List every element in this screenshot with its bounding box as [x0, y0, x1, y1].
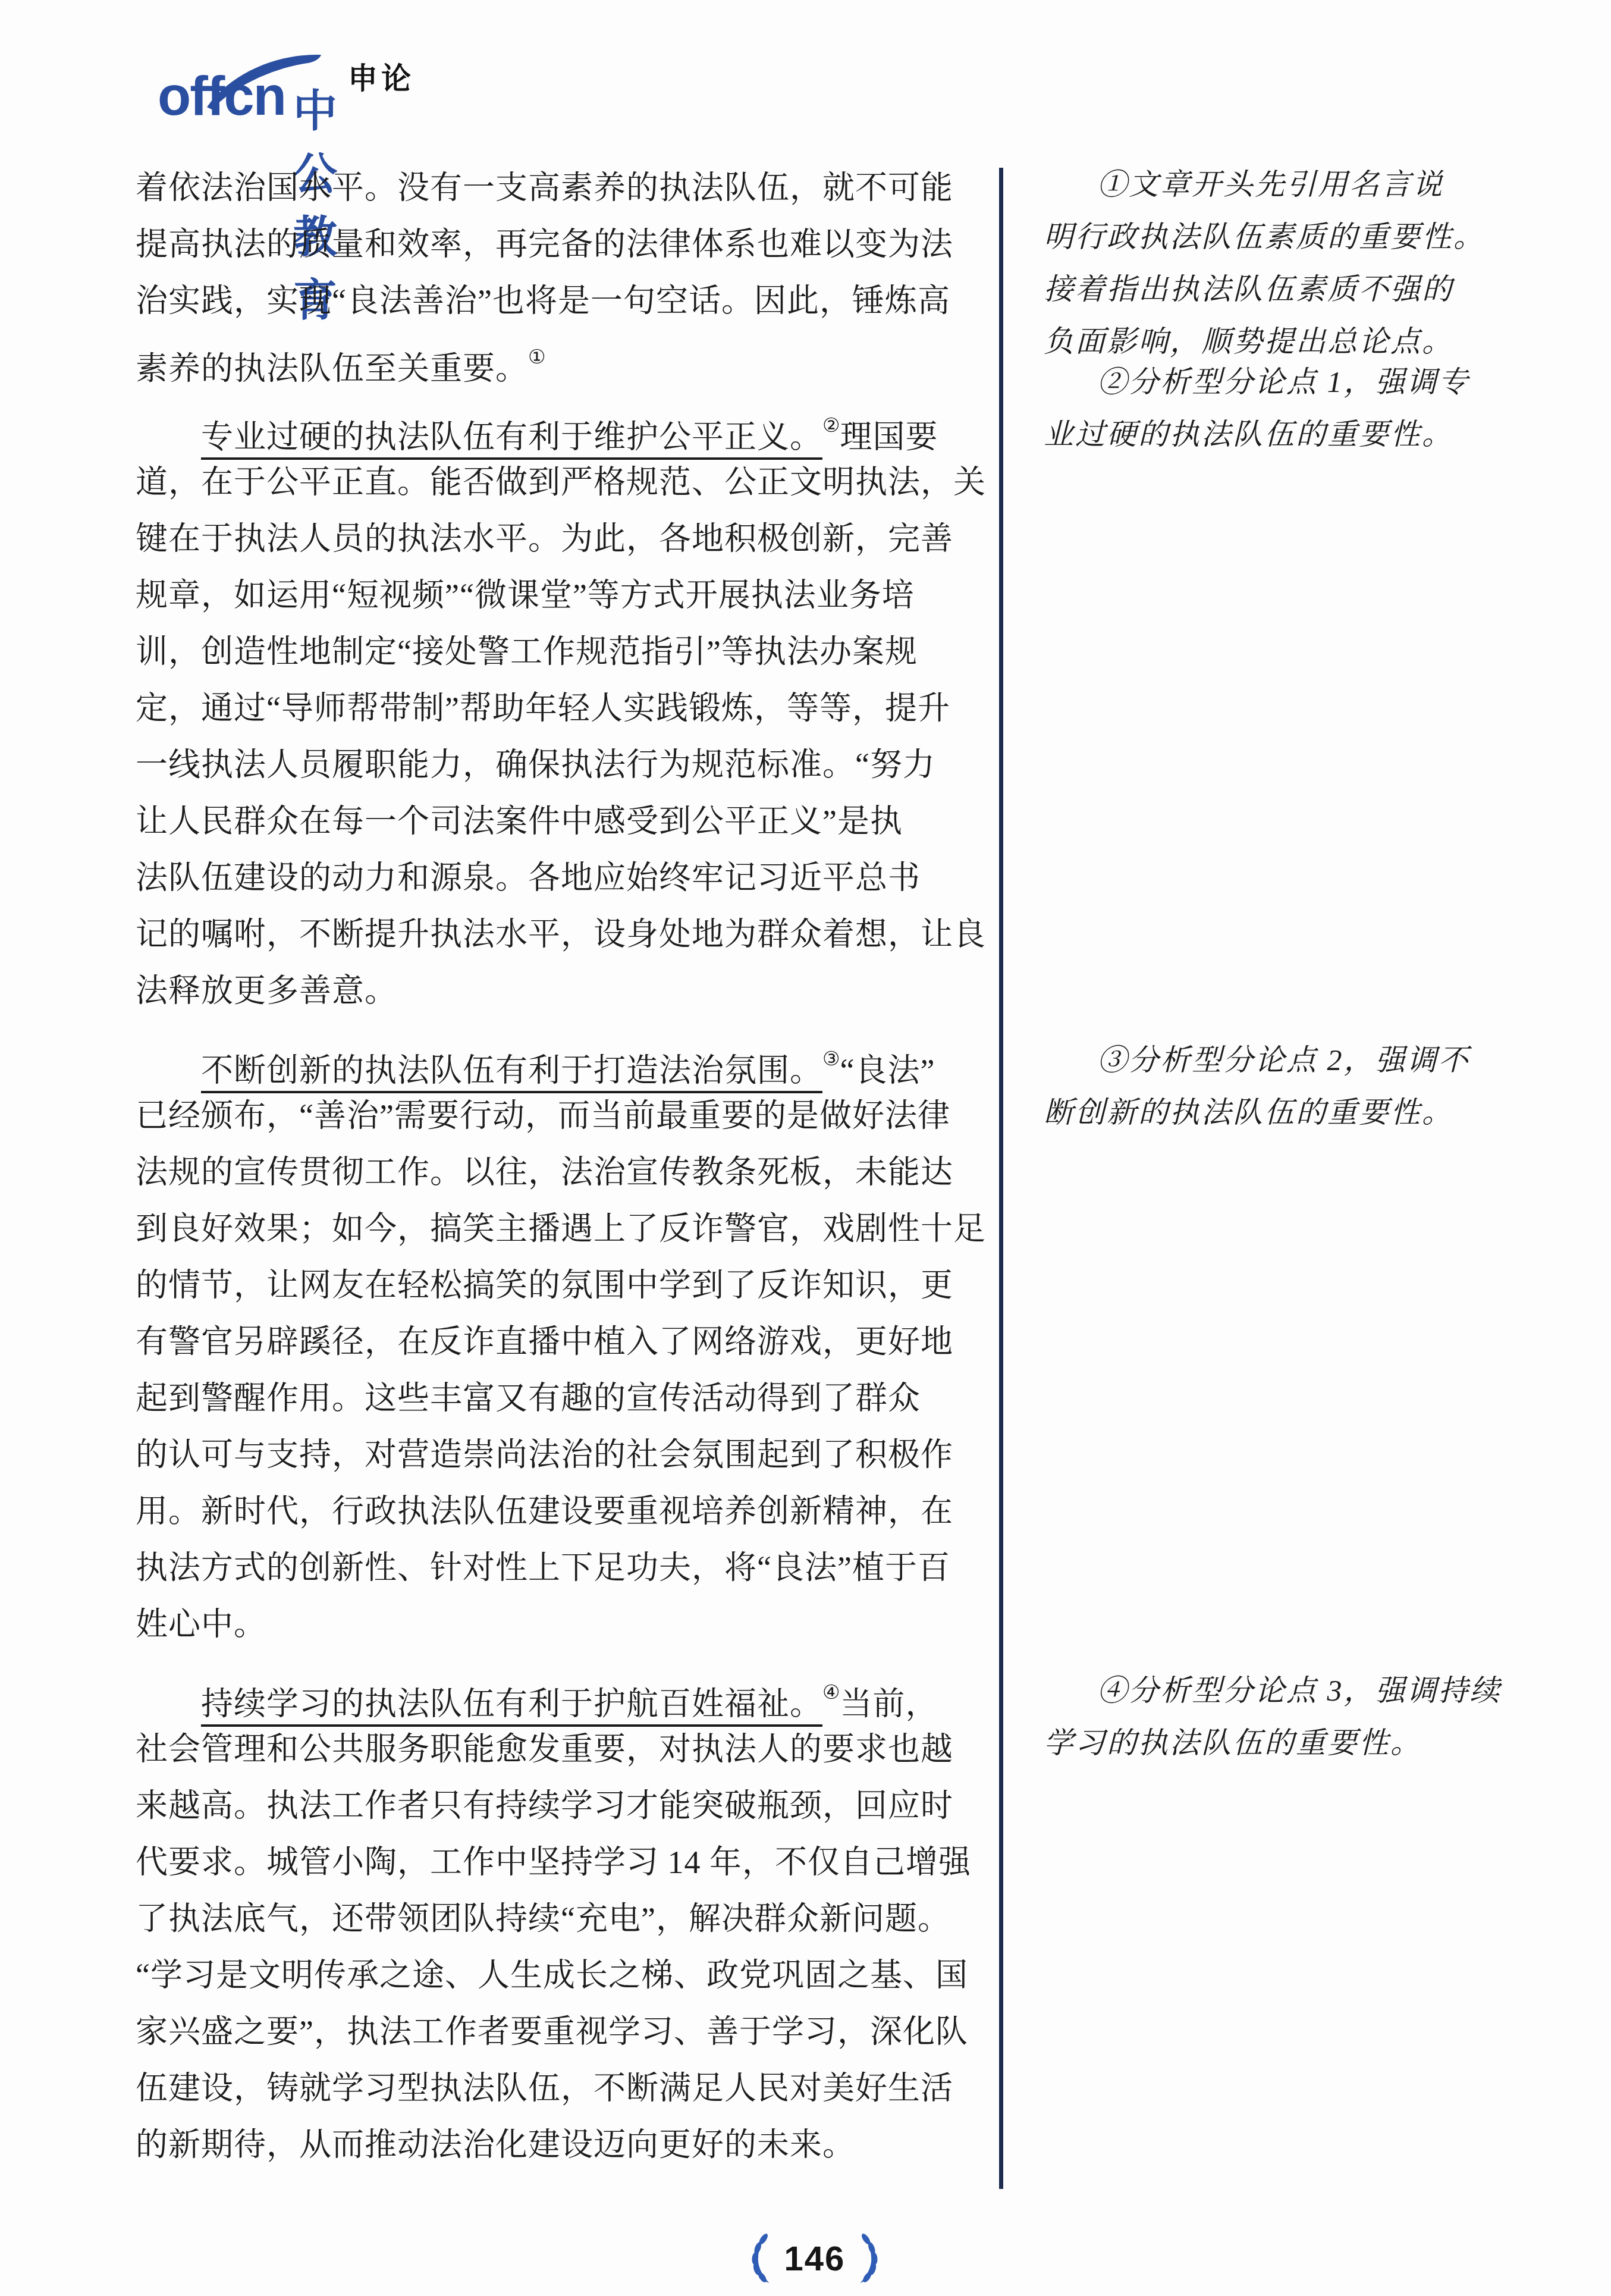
text-run: 法释放更多善意。	[136, 973, 397, 1009]
section-heading: 持续学习的执法队伍有利于护航百姓福祉。	[201, 1686, 822, 1722]
text-line: 一线执法人员履职能力，确保执法行为规范标准。“努力	[136, 737, 980, 793]
annotation-line: 断创新的执法队伍的重要性。	[1044, 1086, 1519, 1138]
paragraph: 不断创新的执法队伍有利于打造法治氛围。③“良法”已经颁布，“善治”需要行动，而当…	[136, 1031, 980, 1653]
main-text: 着依法治国水平。没有一支高素养的执法队伍，就不可能提高执法的质量和效率，再完备的…	[136, 160, 980, 2185]
annotation-note: ②分析型分论点 1，强调专业过硬的执法队伍的重要性。	[1044, 356, 1519, 460]
logo-offcn-text: offcn	[158, 65, 285, 128]
superscript-marker: ①	[528, 347, 546, 368]
text-line: 专业过硬的执法队伍有利于维护公平正义。②理国要	[136, 398, 980, 454]
superscript-marker: ③	[822, 1049, 840, 1070]
section-heading: 不断创新的执法队伍有利于打造法治氛围。	[201, 1053, 822, 1089]
text-run: 的认可与支持，对营造崇尚法治的社会氛围起到了积极作	[136, 1437, 953, 1473]
text-run: 法规的宣传贯彻工作。以往，法治宣传教条死板，未能达	[136, 1155, 953, 1190]
page-footer: 146	[728, 2226, 901, 2291]
paragraph: 持续学习的执法队伍有利于护航百姓福祉。④当前，社会管理和公共服务职能愈发重要，对…	[136, 1665, 980, 2173]
subject-label: 申论	[348, 55, 414, 98]
text-line: 记的嘱咐，不断提升执法水平，设身处地为群众着想，让良	[136, 907, 980, 963]
annotation-note: ③分析型分论点 2，强调不断创新的执法队伍的重要性。	[1044, 1034, 1519, 1138]
section-heading: 专业过硬的执法队伍有利于维护公平正义。	[201, 419, 822, 455]
paragraph: 着依法治国水平。没有一支高素养的执法队伍，就不可能提高执法的质量和效率，再完备的…	[136, 160, 980, 386]
text-run: 治实践，实现“良法善治”也将是一句空话。因此，锤炼高	[136, 283, 950, 319]
text-run: 素养的执法队伍至关重要。	[136, 351, 528, 387]
text-line: 有警官另辟蹊径，在反诈直播中植入了网络游戏，更好地	[136, 1314, 980, 1370]
text-line: 到良好效果；如今，搞笑主播遇上了反诈警官，戏剧性十足	[136, 1201, 980, 1257]
text-run: 训，创造性地制定“接处警工作规范指引”等执法办案规	[136, 634, 918, 670]
text-line: 持续学习的执法队伍有利于护航百姓福祉。④当前，	[136, 1665, 980, 1721]
text-run: 起到警醒作用。这些丰富又有趣的宣传活动得到了群众	[136, 1381, 921, 1416]
annotation-line: 学习的执法队伍的重要性。	[1044, 1717, 1519, 1769]
text-run: 伍建设，铸就学习型执法队伍，不断满足人民对美好生活	[136, 2071, 953, 2106]
annotation-line: ③分析型分论点 2，强调不	[1044, 1034, 1519, 1086]
text-run: 执法方式的创新性、针对性上下足功夫，将“良法”植于百	[136, 1550, 950, 1586]
annotation-line: ②分析型分论点 1，强调专	[1044, 356, 1519, 408]
text-line: 让人民群众在每一个司法案件中感受到公平正义”是执	[136, 793, 980, 850]
text-line: 定，通过“导师帮带制”帮助年轻人实践锻炼，等等，提升	[136, 680, 980, 737]
annotation-line: ④分析型分论点 3，强调持续	[1044, 1664, 1519, 1717]
text-run: 着依法治国水平。没有一支高素养的执法队伍，就不可能	[136, 170, 953, 206]
laurel-left-icon	[746, 2230, 775, 2288]
text-run: 的情节，让网友在轻松搞笑的氛围中学到了反诈知识，更	[136, 1268, 953, 1303]
text-run: 到良好效果；如今，搞笑主播遇上了反诈警官，戏剧性十足	[136, 1211, 986, 1247]
text-run: 有警官另辟蹊径，在反诈直播中植入了网络游戏，更好地	[136, 1324, 953, 1360]
text-line: 已经颁布，“善治”需要行动，而当前最重要的是做好法律	[136, 1088, 980, 1144]
laurel-right-icon	[855, 2230, 883, 2288]
text-line: 用。新时代，行政执法队伍建设要重视培养创新精神，在	[136, 1483, 980, 1540]
text-line: 来越高。执法工作者只有持续学习才能突破瓶颈，回应时	[136, 1778, 980, 1834]
text-line: 了执法底气，还带领团队持续“充电”，解决群众新问题。	[136, 1891, 980, 1947]
text-line: 代要求。城管小陶，工作中坚持学习 14 年，不仅自己增强	[136, 1834, 980, 1891]
text-line: 法队伍建设的动力和源泉。各地应始终牢记习近平总书	[136, 850, 980, 907]
text-line: 不断创新的执法队伍有利于打造法治氛围。③“良法”	[136, 1031, 980, 1088]
text-line: 伍建设，铸就学习型执法队伍，不断满足人民对美好生活	[136, 2060, 980, 2117]
text-line: 素养的执法队伍至关重要。①	[136, 330, 980, 386]
annotation-line: 接着指出执法队伍素质不强的	[1044, 263, 1519, 315]
text-run: 定，通过“导师帮带制”帮助年轻人实践锻炼，等等，提升	[136, 691, 950, 726]
text-line: 起到警醒作用。这些丰富又有趣的宣传活动得到了群众	[136, 1370, 980, 1427]
text-run: 一线执法人员履职能力，确保执法行为规范标准。“努力	[136, 747, 935, 783]
annotation-note: ④分析型分论点 3，强调持续学习的执法队伍的重要性。	[1044, 1664, 1519, 1769]
text-line: 家兴盛之要”，执法工作者要重视学习、善于学习，深化队	[136, 2004, 980, 2060]
paragraph: 专业过硬的执法队伍有利于维护公平正义。②理国要道，在于公平正直。能否做到严格规范…	[136, 398, 980, 1020]
text-run: 法队伍建设的动力和源泉。各地应始终牢记习近平总书	[136, 860, 921, 896]
text-line: 执法方式的创新性、针对性上下足功夫，将“良法”植于百	[136, 1540, 980, 1596]
text-line: 规章，如运用“短视频”“微课堂”等方式开展执法业务培	[136, 567, 980, 624]
text-run: “良法”	[840, 1053, 935, 1089]
book-page: offcn 中公教育 申论 着依法治国水平。没有一支高素养的执法队伍，就不可能提…	[0, 0, 1611, 2296]
column-divider-line	[999, 168, 1003, 2189]
text-run: 道，在于公平正直。能否做到严格规范、公正文明执法，关	[136, 465, 986, 500]
annotation-line: ①文章开头先引用名言说	[1044, 158, 1519, 211]
text-run: 已经颁布，“善治”需要行动，而当前最重要的是做好法律	[136, 1098, 950, 1134]
text-line: “学习是文明传承之途、人生成长之梯、政党巩固之基、国	[136, 1947, 980, 2004]
text-run: 键在于执法人员的执法水平。为此，各地积极创新，完善	[136, 521, 953, 557]
text-run: 让人民群众在每一个司法案件中感受到公平正义”是执	[136, 804, 903, 839]
text-line: 的认可与支持，对营造崇尚法治的社会氛围起到了积极作	[136, 1427, 980, 1483]
text-line: 法规的宣传贯彻工作。以往，法治宣传教条死板，未能达	[136, 1144, 980, 1201]
text-run: 了执法底气，还带领团队持续“充电”，解决群众新问题。	[136, 1901, 950, 1937]
text-run: 家兴盛之要”，执法工作者要重视学习、善于学习，深化队	[136, 2014, 968, 2050]
text-line: 的情节，让网友在轻松搞笑的氛围中学到了反诈知识，更	[136, 1257, 980, 1314]
text-line: 键在于执法人员的执法水平。为此，各地积极创新，完善	[136, 511, 980, 567]
page-number: 146	[784, 2239, 846, 2279]
annotation-note: ①文章开头先引用名言说明行政执法队伍素质的重要性。接着指出执法队伍素质不强的负面…	[1044, 158, 1519, 368]
text-run: 来越高。执法工作者只有持续学习才能突破瓶颈，回应时	[136, 1788, 953, 1824]
text-run: 理国要	[840, 419, 938, 455]
text-line: 姓心中。	[136, 1596, 980, 1653]
text-line: 训，创造性地制定“接处警工作规范指引”等执法办案规	[136, 624, 980, 680]
text-run: 当前，	[840, 1686, 938, 1722]
text-run: 用。新时代，行政执法队伍建设要重视培养创新精神，在	[136, 1494, 953, 1529]
text-line: 社会管理和公共服务职能愈发重要，对执法人的要求也越	[136, 1721, 980, 1778]
superscript-marker: ②	[822, 415, 840, 437]
text-line: 着依法治国水平。没有一支高素养的执法队伍，就不可能	[136, 160, 980, 217]
page-header: offcn 中公教育 申论	[0, 0, 1611, 143]
text-line: 治实践，实现“良法善治”也将是一句空话。因此，锤炼高	[136, 273, 980, 330]
text-run: 的新期待，从而推动法治化建设迈向更好的未来。	[136, 2127, 855, 2163]
text-line: 的新期待，从而推动法治化建设迈向更好的未来。	[136, 2117, 980, 2173]
text-run: 代要求。城管小陶，工作中坚持学习 14 年，不仅自己增强	[136, 1845, 971, 1880]
text-line: 道，在于公平正直。能否做到严格规范、公正文明执法，关	[136, 454, 980, 511]
annotation-line: 明行政执法队伍素质的重要性。	[1044, 211, 1519, 263]
text-run: 姓心中。	[136, 1607, 266, 1642]
superscript-marker: ④	[822, 1682, 840, 1704]
text-run: 提高执法的质量和效率，再完备的法律体系也难以变为法	[136, 227, 953, 262]
text-run: 记的嘱咐，不断提升执法水平，设身处地为群众着想，让良	[136, 917, 986, 952]
annotation-line: 业过硬的执法队伍的重要性。	[1044, 408, 1519, 460]
text-run: “学习是文明传承之途、人生成长之梯、政党巩固之基、国	[136, 1958, 968, 1993]
text-run: 规章，如运用“短视频”“微课堂”等方式开展执法业务培	[136, 578, 915, 613]
text-run: 社会管理和公共服务职能愈发重要，对执法人的要求也越	[136, 1732, 953, 1767]
text-line: 提高执法的质量和效率，再完备的法律体系也难以变为法	[136, 217, 980, 273]
text-line: 法释放更多善意。	[136, 963, 980, 1020]
